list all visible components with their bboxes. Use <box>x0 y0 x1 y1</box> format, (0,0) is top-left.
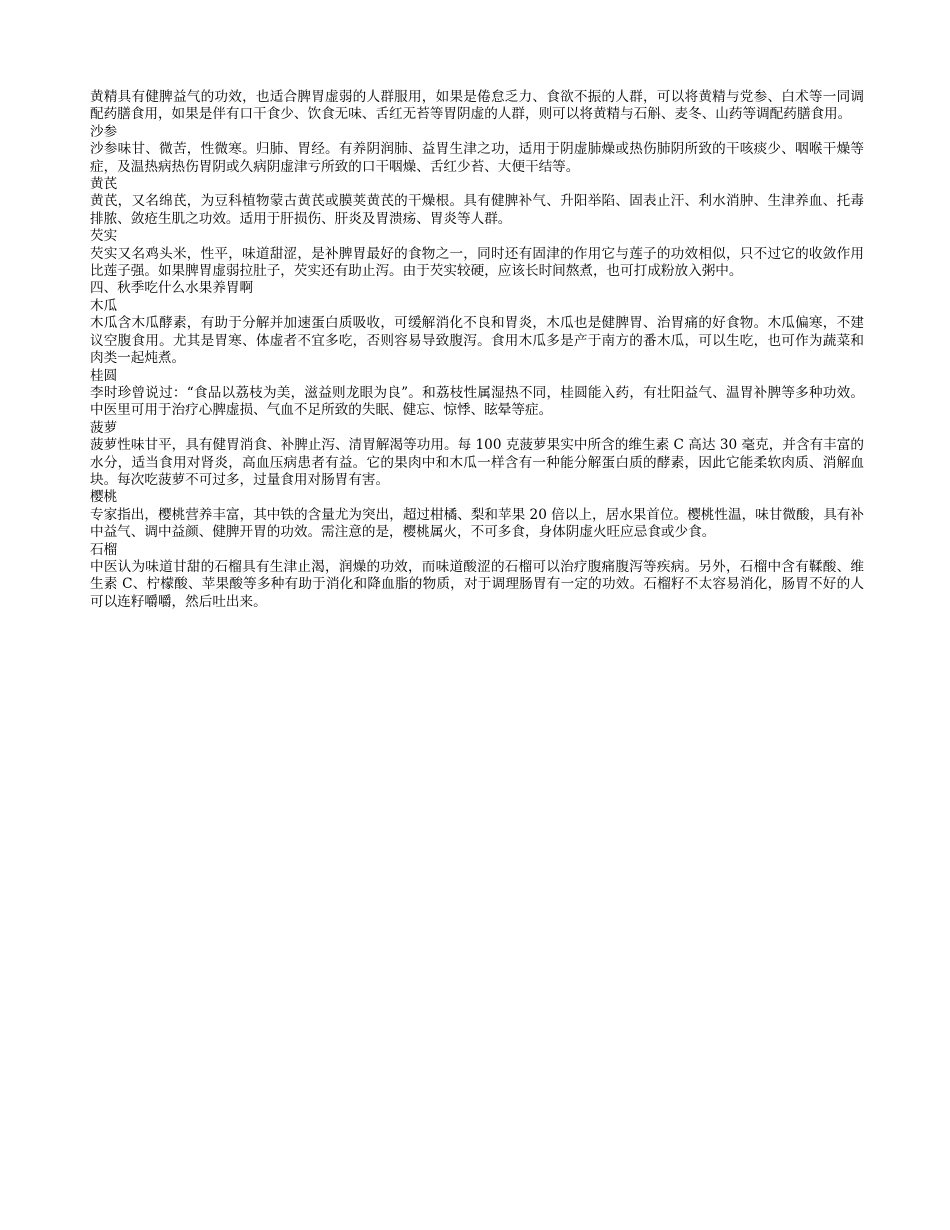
paragraph-huangjing-usage: 黄精具有健脾益气的功效，也适合脾胃虚弱的人群服用，如果是倦怠乏力、食欲不振的人群… <box>90 89 864 124</box>
section-title-autumn-fruits: 四、秋季吃什么水果养胃啊 <box>90 280 864 297</box>
heading-qianshi: 芡实 <box>90 228 864 245</box>
paragraph-yingtao: 专家指出，樱桃营养丰富，其中铁的含量尤为突出，超过柑橘、梨和苹果 20 倍以上，… <box>90 507 864 542</box>
paragraph-qianshi: 芡实又名鸡头米，性平，味道甜涩，是补脾胃最好的食物之一，同时还有固津的作用它与莲… <box>90 246 864 281</box>
heading-shiliu: 石榴 <box>90 542 864 559</box>
paragraph-mugua: 木瓜含木瓜酵素，有助于分解并加速蛋白质吸收，可缓解消化不良和胃炎，木瓜也是健脾胃… <box>90 315 864 367</box>
document-page: 黄精具有健脾益气的功效，也适合脾胃虚弱的人群服用，如果是倦怠乏力、食欲不振的人群… <box>90 89 864 611</box>
paragraph-boluo: 菠萝性味甘平，具有健胃消食、补脾止泻、清胃解渴等功用。每 100 克菠萝果实中所… <box>90 437 864 489</box>
heading-mugua: 木瓜 <box>90 298 864 315</box>
heading-guiyuan: 桂圆 <box>90 368 864 385</box>
heading-yingtao: 樱桃 <box>90 489 864 506</box>
heading-boluo: 菠萝 <box>90 420 864 437</box>
paragraph-shiliu: 中医认为味道甘甜的石榴具有生津止渴，润燥的功效，而味道酸涩的石榴可以治疗腹痛腹泻… <box>90 559 864 611</box>
heading-huangqi: 黄芪 <box>90 176 864 193</box>
paragraph-shashen: 沙参味甘、微苦，性微寒。归肺、胃经。有养阴润肺、益胃生津之功，适用于阴虚肺燥或热… <box>90 141 864 176</box>
paragraph-guiyuan: 李时珍曾说过：“食品以荔枝为美，滋益则龙眼为良”。和荔枝性属湿热不同，桂圆能入药… <box>90 385 864 420</box>
heading-shashen: 沙参 <box>90 124 864 141</box>
paragraph-huangqi: 黄芪，又名绵芪，为豆科植物蒙古黄芪或膜荚黄芪的干燥根。具有健脾补气、升阳举陷、固… <box>90 193 864 228</box>
